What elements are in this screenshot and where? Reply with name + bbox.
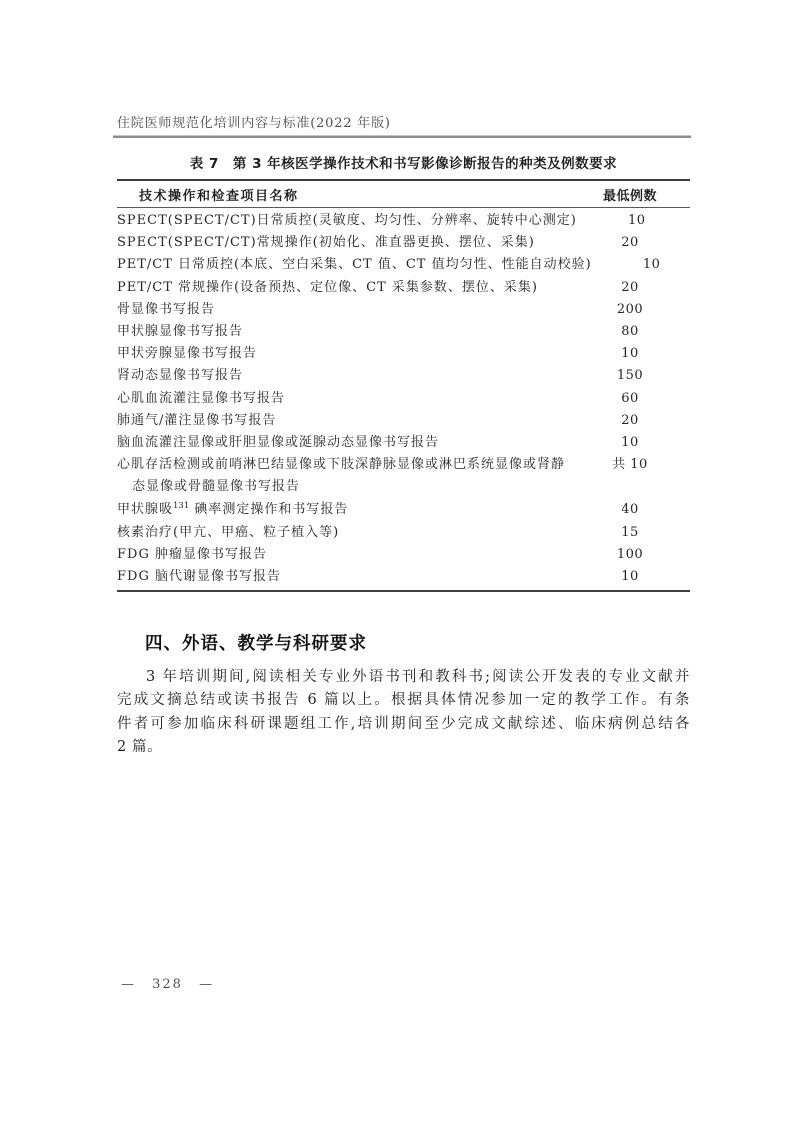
table-header-row: 技术操作和检查项目名称 最低例数: [117, 181, 690, 208]
table-row: 甲状腺显像书写报告 80: [117, 321, 690, 343]
row-value: 10: [592, 254, 712, 276]
requirements-table: 技术操作和检查项目名称 最低例数 SPECT(SPECT/CT)日常质控(灵敏度…: [117, 179, 690, 592]
row-name: SPECT(SPECT/CT)日常质控(灵敏度、均匀性、分辨率、旋转中心测定): [117, 210, 577, 232]
row-value: 10: [570, 566, 690, 588]
row-value: 100: [570, 544, 690, 566]
table-row: PET/CT 日常质控(本底、空白采集、CT 值、CT 值均匀性、性能自动校验)…: [117, 254, 690, 276]
paragraph-line: 件者可参加临床科研课题组工作,培训期间至少完成文献综述、临床病例总结各: [117, 713, 690, 736]
table-row: FDG 肿瘤显像书写报告 100: [117, 544, 690, 566]
section-heading: 四、外语、教学与科研要求: [145, 630, 367, 655]
table-row: 甲状旁腺显像书写报告 10: [117, 343, 690, 365]
document-page: 住院医师规范化培训内容与标准(2022 年版) 表 7 第 3 年核医学操作技术…: [0, 0, 800, 1131]
table-row: 肺通气/灌注显像书写报告 20: [117, 410, 690, 432]
paragraph-line: 3 年培训期间,阅读相关专业外语书刊和教科书;阅读公开发表的专业文献并: [117, 666, 690, 689]
table-caption: 表 7 第 3 年核医学操作技术和书写影像诊断报告的种类及例数要求: [117, 152, 690, 172]
row-name: 骨显像书写报告: [117, 299, 570, 321]
row-name: FDG 肿瘤显像书写报告: [117, 544, 570, 566]
row-value: 60: [570, 388, 690, 410]
page-number: — 328 —: [121, 977, 214, 992]
running-header: 住院医师规范化培训内容与标准(2022 年版): [117, 112, 391, 131]
row-name: 肾动态显像书写报告: [117, 365, 570, 387]
row-value: 15: [570, 522, 690, 544]
row-value: 40: [570, 499, 690, 521]
row-name: 甲状旁腺显像书写报告: [117, 343, 570, 365]
row-value: 20: [570, 277, 690, 299]
row-name: 甲状腺吸131 碘率测定操作和书写报告: [117, 499, 570, 522]
table-row: 心肌血流灌注显像书写报告 60: [117, 388, 690, 410]
table-row: PET/CT 常规操作(设备预热、定位像、CT 采集参数、摆位、采集) 20: [117, 277, 690, 299]
row-value: 20: [570, 410, 690, 432]
table-body: SPECT(SPECT/CT)日常质控(灵敏度、均匀性、分辨率、旋转中心测定) …: [117, 208, 690, 590]
row-name-line2: 态显像或骨髓显像书写报告: [117, 476, 570, 498]
paragraph-line: 2 篇。: [117, 736, 690, 759]
paragraph-line: 完成文摘总结或读书报告 6 篇以上。根据具体情况参加一定的教学工作。有条: [117, 689, 690, 712]
row-value: 150: [570, 365, 690, 387]
table-row: 脑血流灌注显像或肝胆显像或涎腺动态显像书写报告 10: [117, 432, 690, 454]
row-value: 80: [570, 321, 690, 343]
row-name: SPECT(SPECT/CT)常规操作(初始化、准直器更换、摆位、采集): [117, 232, 570, 254]
table-row: SPECT(SPECT/CT)常规操作(初始化、准直器更换、摆位、采集) 20: [117, 232, 690, 254]
row-name: PET/CT 日常质控(本底、空白采集、CT 值、CT 值均匀性、性能自动校验): [117, 254, 592, 276]
row-value: 10: [570, 432, 690, 454]
row-value: 10: [577, 210, 697, 232]
row-value: 200: [570, 299, 690, 321]
row-value: 10: [570, 343, 690, 365]
row-name: 核素治疗(甲亢、甲癌、粒子植入等): [117, 522, 570, 544]
table-row: 甲状腺吸131 碘率测定操作和书写报告 40: [117, 499, 690, 522]
superscript-isotope: 131: [173, 501, 189, 511]
table-row: 肾动态显像书写报告 150: [117, 365, 690, 387]
row-name: FDG 脑代谢显像书写报告: [117, 566, 570, 588]
body-paragraph: 3 年培训期间,阅读相关专业外语书刊和教科书;阅读公开发表的专业文献并 完成文摘…: [117, 666, 690, 759]
table-row: FDG 脑代谢显像书写报告 10: [117, 566, 690, 588]
table-row: 骨显像书写报告 200: [117, 299, 690, 321]
row-value: 20: [570, 232, 690, 254]
row-name: PET/CT 常规操作(设备预热、定位像、CT 采集参数、摆位、采集): [117, 277, 570, 299]
table-row: 核素治疗(甲亢、甲癌、粒子植入等) 15: [117, 522, 690, 544]
row-name: 心肌存活检测或前哨淋巴结显像或下肢深静脉显像或淋巴系统显像或肾静 态显像或骨髓显…: [117, 454, 570, 498]
row-name: 脑血流灌注显像或肝胆显像或涎腺动态显像书写报告: [117, 432, 570, 454]
row-name: 甲状腺显像书写报告: [117, 321, 570, 343]
column-header-name: 技术操作和检查项目名称: [117, 185, 570, 204]
row-name: 心肌血流灌注显像书写报告: [117, 388, 570, 410]
column-header-value: 最低例数: [570, 185, 690, 204]
row-value: 共 10: [570, 454, 690, 476]
table-row: 心肌存活检测或前哨淋巴结显像或下肢深静脉显像或淋巴系统显像或肾静 态显像或骨髓显…: [117, 454, 690, 498]
row-name: 肺通气/灌注显像书写报告: [117, 410, 570, 432]
header-rule: [113, 135, 691, 138]
table-row: SPECT(SPECT/CT)日常质控(灵敏度、均匀性、分辨率、旋转中心测定) …: [117, 210, 690, 232]
